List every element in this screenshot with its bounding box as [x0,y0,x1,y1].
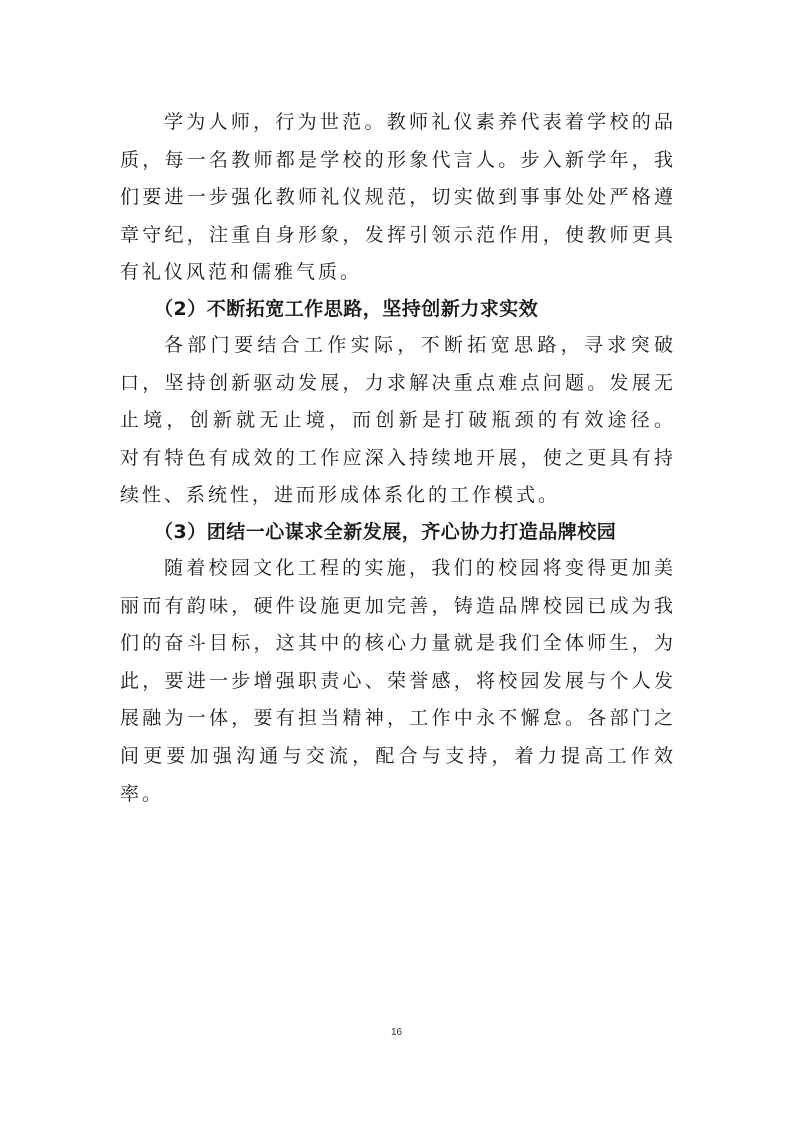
paragraph-teacher-etiquette: 学为人师，行为世范。教师礼仪素养代表着学校的品质，每一名教师都是学校的形象代言人… [120,104,676,292]
paragraph-innovation: 各部门要结合工作实际，不断拓宽思路，寻求突破口，坚持创新驱动发展，力求解决重点难… [120,327,676,515]
section-heading-2: （2）不断拓宽工作思路，坚持创新力求实效 [120,292,676,327]
page-number: 16 [0,1027,793,1038]
paragraph-brand-campus: 随着校园文化工程的实施，我们的校园将变得更加美丽而有韵味，硬件设施更加完善，铸造… [120,550,676,813]
document-page: 学为人师，行为世范。教师礼仪素养代表着学校的品质，每一名教师都是学校的形象代言人… [0,0,793,1122]
document-body: 学为人师，行为世范。教师礼仪素养代表着学校的品质，每一名教师都是学校的形象代言人… [120,104,676,813]
section-heading-3: （3）团结一心谋求全新发展，齐心协力打造品牌校园 [120,515,676,550]
